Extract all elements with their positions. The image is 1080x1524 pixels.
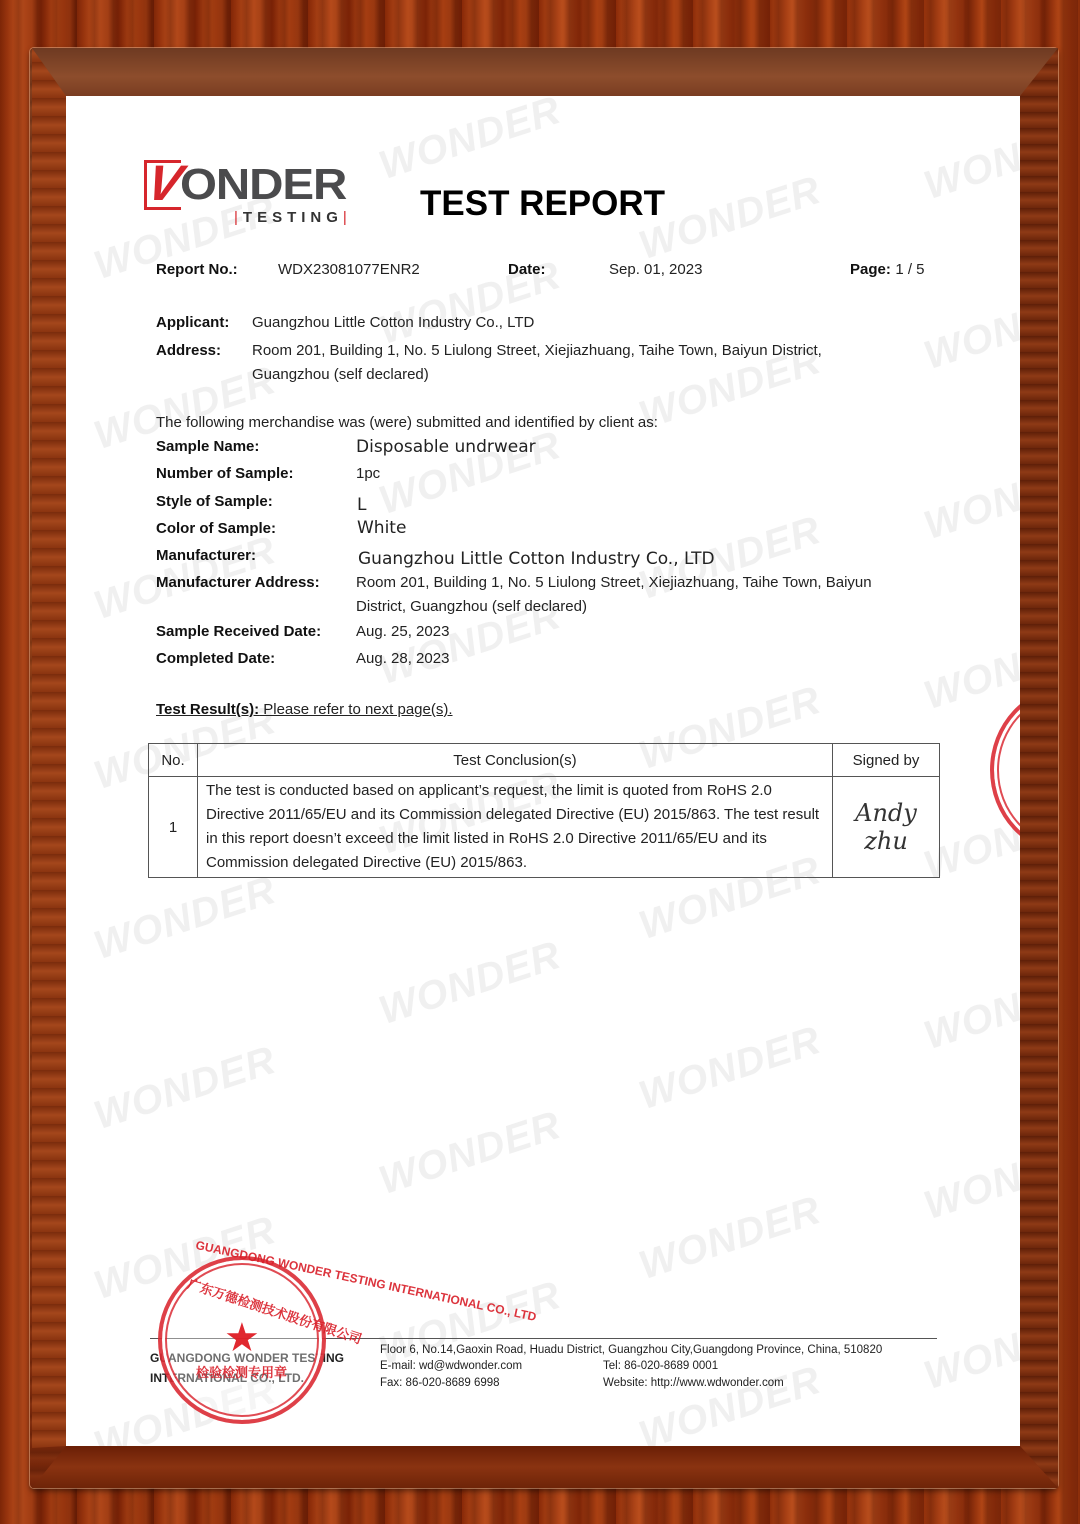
watermark-text: WONDER xyxy=(374,933,567,1034)
table-row: 1 The test is conducted based on applica… xyxy=(149,777,940,878)
sample-name-value: Disposable undrwear xyxy=(356,437,536,457)
manufacturer-address-line-1: Room 201, Building 1, No. 5 Liulong Stre… xyxy=(356,574,872,591)
test-result-note: Test Result(s): Please refer to next pag… xyxy=(156,701,453,718)
test-result-text: Please refer to next page(s). xyxy=(259,701,452,718)
sample-intro: The following merchandise was (were) sub… xyxy=(156,414,658,431)
manufacturer-address-label: Manufacturer Address: xyxy=(156,574,320,591)
footer-tel: Tel: 86-020-8689 0001 xyxy=(603,1360,718,1372)
received-date-value: Aug. 25, 2023 xyxy=(356,623,449,640)
date-value: Sep. 01, 2023 xyxy=(609,261,702,278)
watermark-text: WONDER xyxy=(634,1018,827,1119)
logo-wordmark: ONDER xyxy=(180,160,346,210)
page-number: Page: 1 / 5 xyxy=(850,261,925,279)
applicant-value: Guangzhou Little Cotton Industry Co., LT… xyxy=(252,314,534,331)
applicant-label: Applicant: xyxy=(156,314,229,331)
test-conclusion-table: No. Test Conclusion(s) Signed by 1 The t… xyxy=(148,743,940,878)
sample-style-label: Style of Sample: xyxy=(156,493,273,510)
date-label: Date: xyxy=(508,261,546,278)
watermark-text: WONDER xyxy=(919,618,1020,719)
signature: Andy zhu xyxy=(833,777,940,878)
sample-style-value: L xyxy=(357,495,366,515)
watermark-text: WONDER xyxy=(374,96,567,189)
watermark-text: WONDER xyxy=(634,1188,827,1289)
logo-subtitle: |TESTING| xyxy=(234,209,352,226)
frame-bevel-right xyxy=(1020,48,1058,1488)
footer-fax: Fax: 86-020-8689 6998 xyxy=(380,1377,500,1389)
footer-address: Floor 6, No.14,Gaoxin Road, Huadu Distri… xyxy=(380,1344,882,1356)
footer-email: E-mail: wd@wdwonder.com xyxy=(380,1360,522,1372)
address-line-1: Room 201, Building 1, No. 5 Liulong Stre… xyxy=(252,342,822,359)
watermark-text: WONDER xyxy=(919,278,1020,379)
frame-bevel-left xyxy=(32,48,66,1448)
test-result-label: Test Result(s): xyxy=(156,701,259,718)
test-report-document: WONDERWONDERWONDERWONDERWONDERWONDERWOND… xyxy=(66,96,1020,1446)
completed-date-label: Completed Date: xyxy=(156,650,275,667)
address-label: Address: xyxy=(156,342,221,359)
watermark-text: WONDER xyxy=(89,1038,282,1139)
manufacturer-address-line-2: District, Guangzhou (self declared) xyxy=(356,598,587,615)
report-no-value: WDX23081077ENR2 xyxy=(278,261,420,278)
watermark-text: WONDER xyxy=(919,108,1020,209)
address-line-2: Guangzhou (self declared) xyxy=(252,366,429,383)
watermark-text: WONDER xyxy=(374,1103,567,1204)
watermark-text: WONDER xyxy=(919,1298,1020,1399)
conclusion-text: The test is conducted based on applicant… xyxy=(198,777,833,878)
manufacturer-label: Manufacturer: xyxy=(156,547,256,564)
row-number: 1 xyxy=(149,777,198,878)
page-label: Page: xyxy=(850,261,891,278)
footer-website: Website: http://www.wdwonder.com xyxy=(603,1377,784,1389)
page-value: 1 / 5 xyxy=(895,261,924,278)
sample-number-label: Number of Sample: xyxy=(156,465,294,482)
watermark-text: WONDER xyxy=(919,448,1020,549)
frame-bevel-bottom xyxy=(32,1446,1058,1488)
page-title: TEST REPORT xyxy=(420,184,665,224)
watermark-text: WONDER xyxy=(89,868,282,969)
watermark-text: WONDER xyxy=(919,958,1020,1059)
received-date-label: Sample Received Date: xyxy=(156,623,321,640)
sample-color-value: White xyxy=(357,518,406,538)
seal-star-icon: ★ xyxy=(224,1318,260,1358)
sample-color-label: Color of Sample: xyxy=(156,520,276,537)
completed-date-value: Aug. 28, 2023 xyxy=(356,650,449,667)
column-header-signed-by: Signed by xyxy=(833,744,940,777)
column-header-conclusion: Test Conclusion(s) xyxy=(198,744,833,777)
manufacturer-value: Guangzhou Little Cotton Industry Co., LT… xyxy=(358,549,715,569)
frame-bevel-top xyxy=(32,48,1058,96)
seal-bottom-text: 检验检测专用章 xyxy=(196,1362,287,1381)
column-header-no: No. xyxy=(149,744,198,777)
report-no-label: Report No.: xyxy=(156,261,238,278)
sample-name-label: Sample Name: xyxy=(156,438,259,455)
watermark-text: WONDER xyxy=(919,1128,1020,1229)
table-header-row: No. Test Conclusion(s) Signed by xyxy=(149,744,940,777)
sample-number-value: 1pc xyxy=(356,465,380,482)
